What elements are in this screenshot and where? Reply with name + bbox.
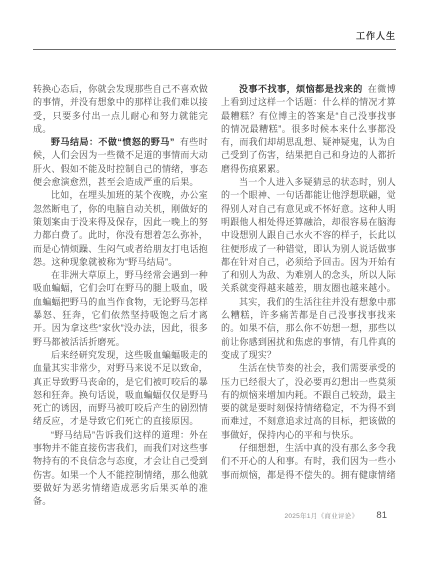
paragraph: “野马结局”告诉我们这样的道理：外在事物并不能直接伤害我们，而我们对这些事物持有… — [33, 429, 208, 509]
page-header: 工作人生 — [33, 26, 396, 44]
paragraph: 野马结局：不做“愤怒的野马”有些时候，人们会因为一些微不足道的事情而大动肝火、假… — [33, 136, 208, 189]
article-body: 转换心态后，你就会发现那些自己不喜欢做的事情，并没有想象中的那样让我们难以接受，… — [33, 83, 396, 509]
paragraph: 后来经研究发现，这些吸血蝙蝠吸走的血量其实非常少，对野马来说不足以致命，真正导致… — [33, 349, 208, 429]
paragraph-text: 在非洲大草原上，野马经常会遇到一种吸血蝙蝠，它们会叮在野马的腿上吸血，吸血蝙蝠把… — [33, 270, 208, 346]
paragraph-text: 在微博上看到过这样一个话题：什么样的情况才算最糟糕？有位博主的答案是“自己没事找… — [221, 84, 396, 174]
page-footer: 2025年1月《商业评论》 81 — [284, 510, 387, 521]
paragraph: 生活在快节奏的社会，我们需要承受的压力已经很大了，没必要再幻想出一些莫须有的烦恼… — [221, 362, 396, 442]
paragraph-text: 其实，我们的生活往往并没有想象中那么糟糕，许多痛苦都是自己没事找事找来的。如果不… — [221, 297, 396, 360]
paragraph-text: 转换心态后，你就会发现那些自己不喜欢做的事情，并没有想象中的那样让我们难以接受，… — [33, 84, 208, 134]
run-in-heading: 没事不找事，烦恼都是找来的 — [239, 84, 363, 94]
paragraph: 其实，我们的生活往往并没有想象中那么糟糕，许多痛苦都是自己没事找事找来的。如果不… — [221, 296, 396, 362]
paragraph: 转换心态后，你就会发现那些自己不喜欢做的事情，并没有想象中的那样让我们难以接受，… — [33, 83, 208, 136]
paragraph-text: 生活在快节奏的社会，我们需要承受的压力已经很大了，没必要再幻想出一些莫须有的烦恼… — [221, 363, 396, 439]
paragraph: 在非洲大草原上，野马经常会遇到一种吸血蝙蝠，它们会叮在野马的腿上吸血，吸血蝙蝠把… — [33, 269, 208, 349]
page-content: 工作人生 转换心态后，你就会发现那些自己不喜欢做的事情，并没有想象中的那样让我们… — [0, 0, 427, 509]
paragraph-text: 当一个人进入多疑猜忌的状态时，别人的一个眼神、一句话都能让他浮想联翩，觉得别人对… — [221, 177, 396, 293]
paragraph: 比如，在埋头加班的某个夜晚，办公室忽然断电了，你的电脑自动关机，刚做好的策划案由… — [33, 189, 208, 269]
section-label: 工作人生 — [356, 31, 396, 41]
paragraph-text: 仔细想想，生活中真的没有那么多令我们不开心的人和事。有时，我们因为一些小事而烦恼… — [221, 443, 396, 480]
page-number: 81 — [376, 510, 387, 521]
right-column: 没事不找事，烦恼都是找来的在微博上看到过这样一个话题：什么样的情况才算最糟糕？有… — [221, 83, 396, 509]
paragraph-text: 比如，在埋头加班的某个夜晚，办公室忽然断电了，你的电脑自动关机，刚做好的策划案由… — [33, 190, 208, 266]
issue-info: 2025年1月《商业评论》 — [284, 511, 358, 520]
paragraph: 没事不找事，烦恼都是找来的在微博上看到过这样一个话题：什么样的情况才算最糟糕？有… — [221, 83, 396, 176]
paragraph-text: “野马结局”告诉我们这样的道理：外在事物并不能直接伤害我们，而我们对这些事物持有… — [33, 430, 208, 506]
paragraph-text: 后来经研究发现，这些吸血蝙蝠吸走的血量其实非常少，对野马来说不足以致命，真正导致… — [33, 350, 208, 426]
header-rule — [33, 49, 396, 50]
paragraph: 仔细想想，生活中真的没有那么多令我们不开心的人和事。有时，我们因为一些小事而烦恼… — [221, 442, 396, 482]
paragraph: 当一个人进入多疑猜忌的状态时，别人的一个眼神、一句话都能让他浮想联翩，觉得别人对… — [221, 176, 396, 296]
run-in-heading: 野马结局：不做“愤怒的野马” — [51, 137, 175, 147]
left-column: 转换心态后，你就会发现那些自己不喜欢做的事情，并没有想象中的那样让我们难以接受，… — [33, 83, 208, 509]
magazine-page: 工作人生 转换心态后，你就会发现那些自己不喜欢做的事情，并没有想象中的那样让我们… — [0, 0, 427, 564]
